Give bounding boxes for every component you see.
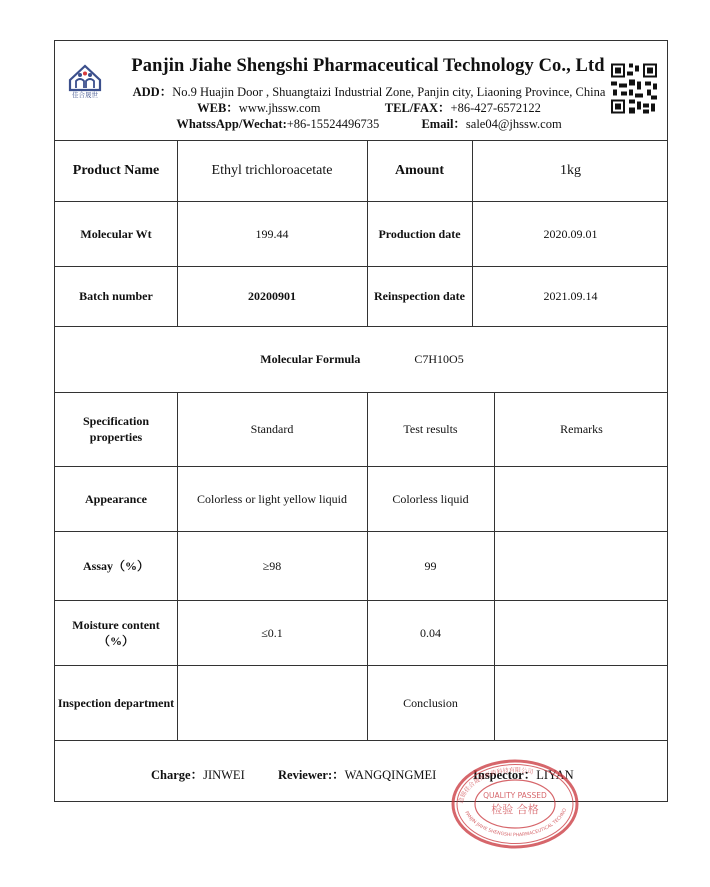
reviewer-signature: Reviewer:：WANGQINGMEI: [278, 765, 436, 783]
reinspection-date-value: 2021.09.14: [472, 266, 669, 326]
company-contact-whatsapp-email: WhatssApp/Wechat:+86-15524496735 Email：s…: [55, 114, 669, 132]
amount-value: 1kg: [472, 140, 669, 201]
inspection-department-label: Inspection department: [55, 665, 177, 740]
spec-header-test-results: Test results: [367, 392, 494, 466]
molecular-formula-row: Molecular Formula C7H10O5: [55, 326, 669, 392]
molecular-wt-label: Molecular Wt: [55, 201, 177, 266]
table-row-moisture-remarks: [494, 600, 669, 665]
table-row-appearance-property: Appearance: [55, 466, 177, 531]
product-name-value: Ethyl trichloroacetate: [177, 140, 367, 201]
whatsapp-number: +86-15524496735: [287, 117, 379, 131]
conclusion-label: Conclusion: [367, 665, 494, 740]
product-name-label: Product Name: [55, 140, 177, 201]
charge-signature: Charge：JINWEI: [151, 765, 245, 783]
company-name: Panjin Jiahe Shengshi Pharmaceutical Tec…: [55, 56, 669, 77]
website-link[interactable]: www.jhssw.com: [239, 101, 321, 115]
spec-header-standard: Standard: [177, 392, 367, 466]
qr-code-icon: [609, 61, 659, 116]
table-row-moisture-standard: ≤0.1: [177, 600, 367, 665]
table-row-assay-remarks: [494, 531, 669, 600]
svg-text:QUALITY PASSED: QUALITY PASSED: [483, 791, 547, 800]
certificate-of-analysis: 佳合晟世 Panjin Jiahe Shengshi Pharmaceutica…: [54, 40, 668, 802]
spec-header-property: Specification properties: [55, 392, 177, 466]
email-link[interactable]: sale04@jhssw.com: [466, 117, 562, 131]
tel-fax: +86-427-6572122: [451, 101, 541, 115]
table-row-moisture-result: 0.04: [367, 600, 494, 665]
molecular-wt-value: 199.44: [177, 201, 367, 266]
molecular-formula-value: C7H10O5: [414, 351, 463, 367]
quality-passed-stamp-icon: 盘锦佳合晟世医药科技有限公司 PANJIN JIAHE SHENGSHI PHA…: [450, 758, 580, 850]
svg-text:检验 合格: 检验 合格: [491, 802, 539, 816]
table-row-assay-result: 99: [367, 531, 494, 600]
batch-number-value: 20200901: [177, 266, 367, 326]
inspection-department-value: [177, 665, 367, 740]
table-row-moisture-property: Moisture content（%）: [55, 600, 177, 665]
molecular-formula-label: Molecular Formula: [260, 351, 360, 367]
table-row-assay-standard: ≥98: [177, 531, 367, 600]
conclusion-value: [494, 665, 669, 740]
production-date-label: Production date: [367, 201, 472, 266]
spec-header-remarks: Remarks: [494, 392, 669, 466]
production-date-value: 2020.09.01: [472, 201, 669, 266]
table-row-appearance-remarks: [494, 466, 669, 531]
table-row-appearance-standard: Colorless or light yellow liquid: [177, 466, 367, 531]
table-row-assay-property: Assay（%）: [55, 531, 177, 600]
batch-number-label: Batch number: [55, 266, 177, 326]
divider: [55, 740, 667, 741]
table-row-appearance-result: Colorless liquid: [367, 466, 494, 531]
reinspection-date-label: Reinspection date: [367, 266, 472, 326]
amount-label: Amount: [367, 140, 472, 201]
